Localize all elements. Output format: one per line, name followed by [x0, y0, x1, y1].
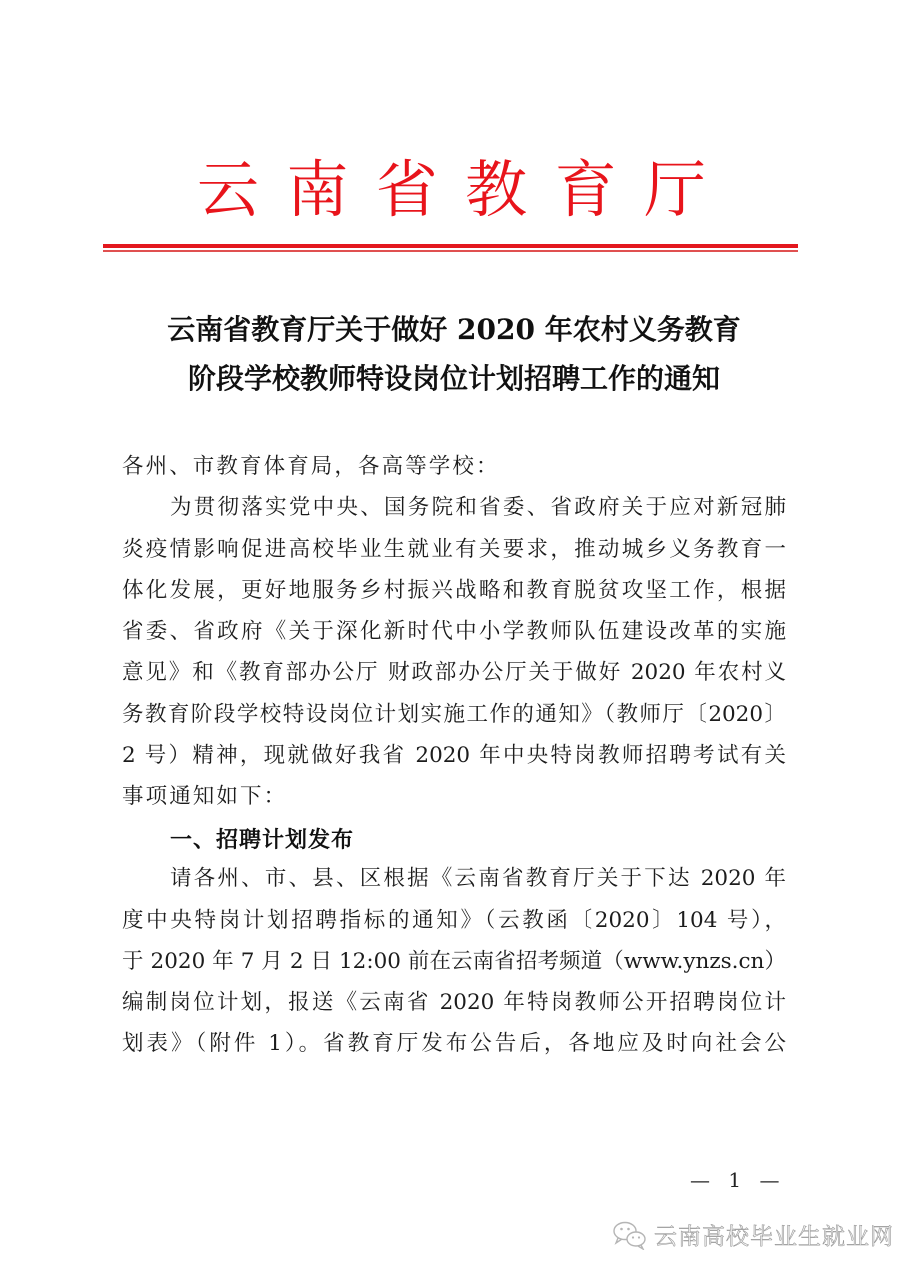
masthead-char: 育 — [555, 148, 617, 232]
masthead-divider-thick — [103, 244, 798, 248]
paragraph-line: 意见》和《教育部办公厅 财政部办公厅关于做好 2020 年农村义 — [122, 658, 786, 688]
paragraph-line: 划表》（附件 1）。省教育厅发布公告后，各地应及时向社会公 — [122, 1029, 786, 1059]
masthead-char: 南 — [286, 148, 348, 232]
wechat-icon — [612, 1220, 648, 1250]
masthead-char: 省 — [376, 148, 438, 232]
watermark: 云南高校毕业生就业网 — [612, 1218, 894, 1251]
masthead: 云 南 省 教 育 厅 — [103, 148, 798, 232]
paragraph-line: 炎疫情影响促进高校毕业生就业有关要求，推动城乡义务教育一 — [122, 535, 786, 565]
document-title-line-1: 云南省教育厅关于做好 2020 年农村义务教育 — [122, 308, 786, 348]
masthead-char: 教 — [465, 148, 527, 232]
masthead-divider-thin — [103, 250, 798, 252]
paragraph-line: 度中央特岗计划招聘指标的通知》（云教函〔2020〕104 号）， — [122, 906, 786, 936]
paragraph-line: 编制岗位计划，报送《云南省 2020 年特岗教师公开招聘岗位计 — [122, 988, 786, 1018]
paragraph-line: 2 号）精神，现就做好我省 2020 年中央特岗教师招聘考试有关 — [122, 741, 786, 771]
paragraph-line: 省委、省政府《关于深化新时代中小学教师队伍建设改革的实施 — [122, 617, 786, 647]
paragraph-line: 为贯彻落实党中央、国务院和省委、省政府关于应对新冠肺 — [170, 493, 786, 523]
section-heading: 一、招聘计划发布 — [170, 823, 354, 854]
paragraph-line: 事项通知如下： — [122, 782, 786, 812]
masthead-char: 云 — [197, 148, 259, 232]
document-page: 云 南 省 教 育 厅 云南省教育厅关于做好 2020 年农村义务教育 阶段学校… — [0, 0, 900, 1272]
page-number: — 1 — — [690, 1168, 785, 1192]
paragraph-line: 体化发展，更好地服务乡村振兴战略和教育脱贫攻坚工作，根据 — [122, 576, 786, 606]
paragraph-line: 请各州、市、县、区根据《云南省教育厅关于下达 2020 年 — [170, 864, 786, 894]
watermark-text: 云南高校毕业生就业网 — [654, 1218, 894, 1251]
document-title-line-2: 阶段学校教师特设岗位计划招聘工作的通知 — [122, 357, 786, 397]
paragraph-line: 于 2020 年 7 月 2 日 12:00 前在云南省招考频道（www.ynz… — [122, 947, 786, 977]
paragraph-line: 务教育阶段学校特设岗位计划实施工作的通知》（教师厅〔2020〕 — [122, 700, 786, 730]
salutation: 各州、市教育体育局，各高等学校： — [122, 452, 786, 482]
masthead-char: 厅 — [644, 148, 706, 232]
